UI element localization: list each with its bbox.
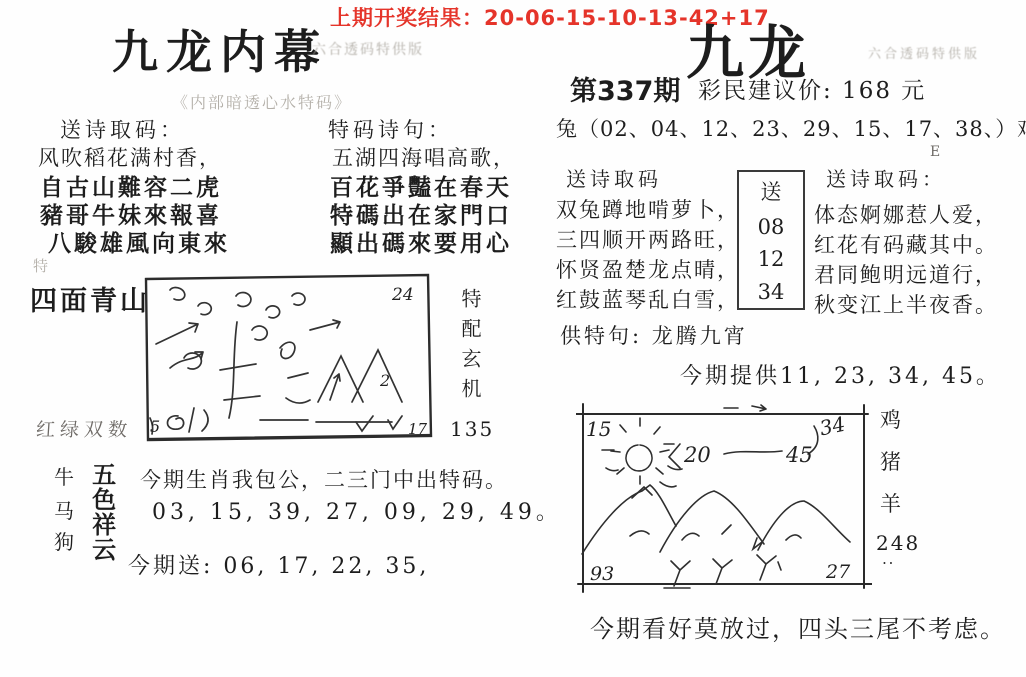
poem-line: 自古山難容二虎 xyxy=(40,175,222,201)
gift-box-item: 送 xyxy=(761,176,782,206)
gift-box-item: 08 xyxy=(758,215,785,239)
tip-numbers-line: 03, 15, 39, 27, 09, 29, 49。 xyxy=(152,500,562,525)
right-mystery-sketch: 15 20 45 34 93 27 xyxy=(576,402,872,594)
issue-number: 第337期 xyxy=(570,76,680,107)
price-line: 彩民建议价: 168 元 xyxy=(698,78,926,104)
right-poem-right-header: 送诗取码： xyxy=(826,168,946,191)
gift-numbers-box: 送 08 12 34 xyxy=(737,170,805,310)
mystery-number: 135 xyxy=(450,418,494,441)
gift-box-item: 12 xyxy=(758,247,785,271)
animal-numbers-line: 兔（02、04、12、23、29、15、17、38、）鸡 xyxy=(556,117,1026,141)
red-green-label: 红绿双数 xyxy=(35,420,133,442)
side-number: 248 xyxy=(876,532,920,555)
poem-line: 风吹稻花满村香， xyxy=(38,146,222,170)
poem-line: 三四顺开两路旺， xyxy=(556,228,740,252)
sketch-number-mid: 2 xyxy=(379,371,390,390)
left-faint-subtitle: 《内部暗透心水特码》 xyxy=(172,94,352,112)
side-dots: ： xyxy=(879,559,897,575)
lucky-column: 五色祥云 xyxy=(88,462,116,562)
left-title-note: 六合透码特供版 xyxy=(312,42,424,58)
zodiac-char: 狗 xyxy=(54,531,74,554)
poem-line: 豬哥牛妹來報喜 xyxy=(40,203,222,229)
poem-line: 秋变江上半夜香。 xyxy=(814,293,998,317)
poem-line: 红花有码藏其中。 xyxy=(814,233,998,257)
poem-line: 顯出碼來要用心 xyxy=(330,231,512,257)
poem-line: 红鼓蓝琴乱白雪， xyxy=(556,288,740,312)
zodiac-column: 牛 马 狗 xyxy=(54,466,74,554)
left-sheet-title: 九龙内幕 xyxy=(112,26,328,79)
right-sheet-title: 九龙 xyxy=(686,20,810,87)
side-animals-column: 鸡 猪 羊 xyxy=(880,408,901,516)
landscape-sketch xyxy=(582,405,850,588)
poem-line: 五湖四海唱高歌， xyxy=(332,146,516,170)
small-mark: E xyxy=(930,144,940,160)
provide-line: 今期提供11, 23, 34, 45。 xyxy=(680,364,1001,389)
left-mystery-sketch: 24 2 5 17 xyxy=(140,270,436,446)
stray-marks xyxy=(724,405,766,411)
scribble-sketch xyxy=(150,287,402,434)
poem-line: 体态婀娜惹人爱， xyxy=(814,203,998,227)
gift-box-item: 34 xyxy=(758,280,785,304)
poem-line: 双兔蹲地啃萝卜， xyxy=(556,198,740,222)
faint-mark: 特 xyxy=(33,258,48,275)
mountain-label: 四面青山 xyxy=(30,286,150,317)
sketch-number-left: 20 xyxy=(683,443,711,467)
sketch-number-top-right: 24 xyxy=(391,285,414,305)
side-animal: 猪 xyxy=(880,450,901,474)
zodiac-char: 牛 xyxy=(54,466,74,489)
sketch-number-bottom-left: 93 xyxy=(590,563,614,585)
sketch-number-top-right: 34 xyxy=(817,412,847,441)
side-animal: 鸡 xyxy=(880,408,901,432)
right-poem-left-header: 送诗取码 xyxy=(566,168,662,191)
left-poem-right-header: 特码诗句： xyxy=(328,118,453,142)
sketch-number-top-left: 15 xyxy=(586,417,611,441)
sketch-number-bottom-left: 5 xyxy=(150,417,160,436)
sun-icon xyxy=(626,445,652,471)
zodiac-tip-line: 今期生肖我包公，二三门中出特码。 xyxy=(140,468,508,492)
poem-line: 君同鲍明远道行， xyxy=(814,263,998,287)
poem-line: 八駿雄風向東來 xyxy=(48,231,230,257)
last-draw-label: 上期开奖结果： xyxy=(330,6,484,30)
mystery-vertical-label: 特配玄机 xyxy=(458,288,481,408)
right-title-note: 六合透码特供版 xyxy=(868,48,980,63)
left-poem-left-header: 送诗取码： xyxy=(60,118,185,142)
sketch-number-right: 45 xyxy=(785,443,813,467)
zodiac-char: 马 xyxy=(54,500,74,523)
lottery-tip-sheet: 上期开奖结果：20-06-15-10-13-42+17 九龙内幕 六合透码特供版… xyxy=(0,0,1026,677)
poem-line: 怀贤盈楚龙点晴， xyxy=(556,258,740,282)
poem-line: 百花爭豔在春天 xyxy=(330,175,512,201)
send-line: 今期送: 06, 17, 22, 35, xyxy=(128,554,429,579)
special-phrase-line: 供特句: 龙腾九宵 xyxy=(560,324,748,348)
side-animal: 羊 xyxy=(880,492,901,516)
sketch-number-bottom-right: 17 xyxy=(408,420,428,438)
poem-line: 特碼出在家門口 xyxy=(330,203,512,229)
sketch-number-bottom-right: 27 xyxy=(825,561,851,583)
bottom-advice-line: 今期看好莫放过，四头三尾不考虑。 xyxy=(590,616,1006,644)
